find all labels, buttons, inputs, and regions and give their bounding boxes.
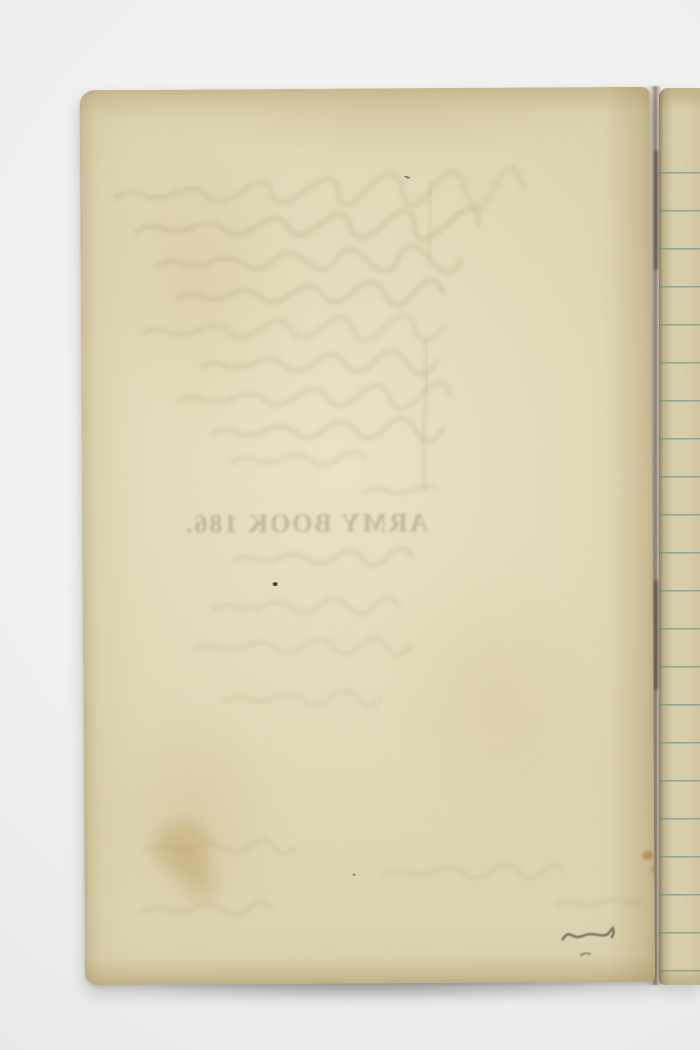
handwriting-stroke — [114, 168, 524, 211]
photo-background: ARMY BOOK 186. — [0, 0, 700, 1050]
handwriting-stroke — [232, 451, 366, 465]
pencil-scribble — [563, 928, 614, 939]
ink-speck — [352, 874, 355, 876]
pencil-scribble — [581, 953, 590, 955]
foxing-spot — [642, 851, 653, 860]
handwriting-stroke — [364, 487, 436, 493]
notebook-page-right-ruled — [659, 88, 700, 985]
handwriting-stroke — [557, 900, 641, 905]
ruled-lines — [659, 172, 700, 973]
handwriting-stroke — [212, 418, 444, 443]
notebook-page-left-blank: ARMY BOOK 186. — [80, 87, 655, 985]
handwriting-stroke — [195, 637, 411, 656]
gutter-dark-streak — [654, 150, 658, 270]
ink-speck — [273, 582, 278, 586]
stain-blot — [140, 807, 235, 908]
bleedthrough-title-mirrored: ARMY BOOK 186. — [196, 508, 428, 539]
handwriting-stroke — [177, 383, 449, 410]
handwriting-stroke — [213, 598, 399, 615]
handwriting-stroke — [422, 340, 428, 488]
handwriting-stroke — [384, 865, 564, 879]
handwriting-stroke — [223, 690, 381, 707]
handwriting-stroke — [157, 245, 461, 275]
handwriting-stroke — [141, 315, 443, 343]
handwriting-stroke — [201, 351, 437, 376]
gutter-dark-streak — [654, 580, 658, 690]
handwriting-stroke — [234, 548, 412, 566]
handwriting-stroke — [177, 280, 443, 307]
